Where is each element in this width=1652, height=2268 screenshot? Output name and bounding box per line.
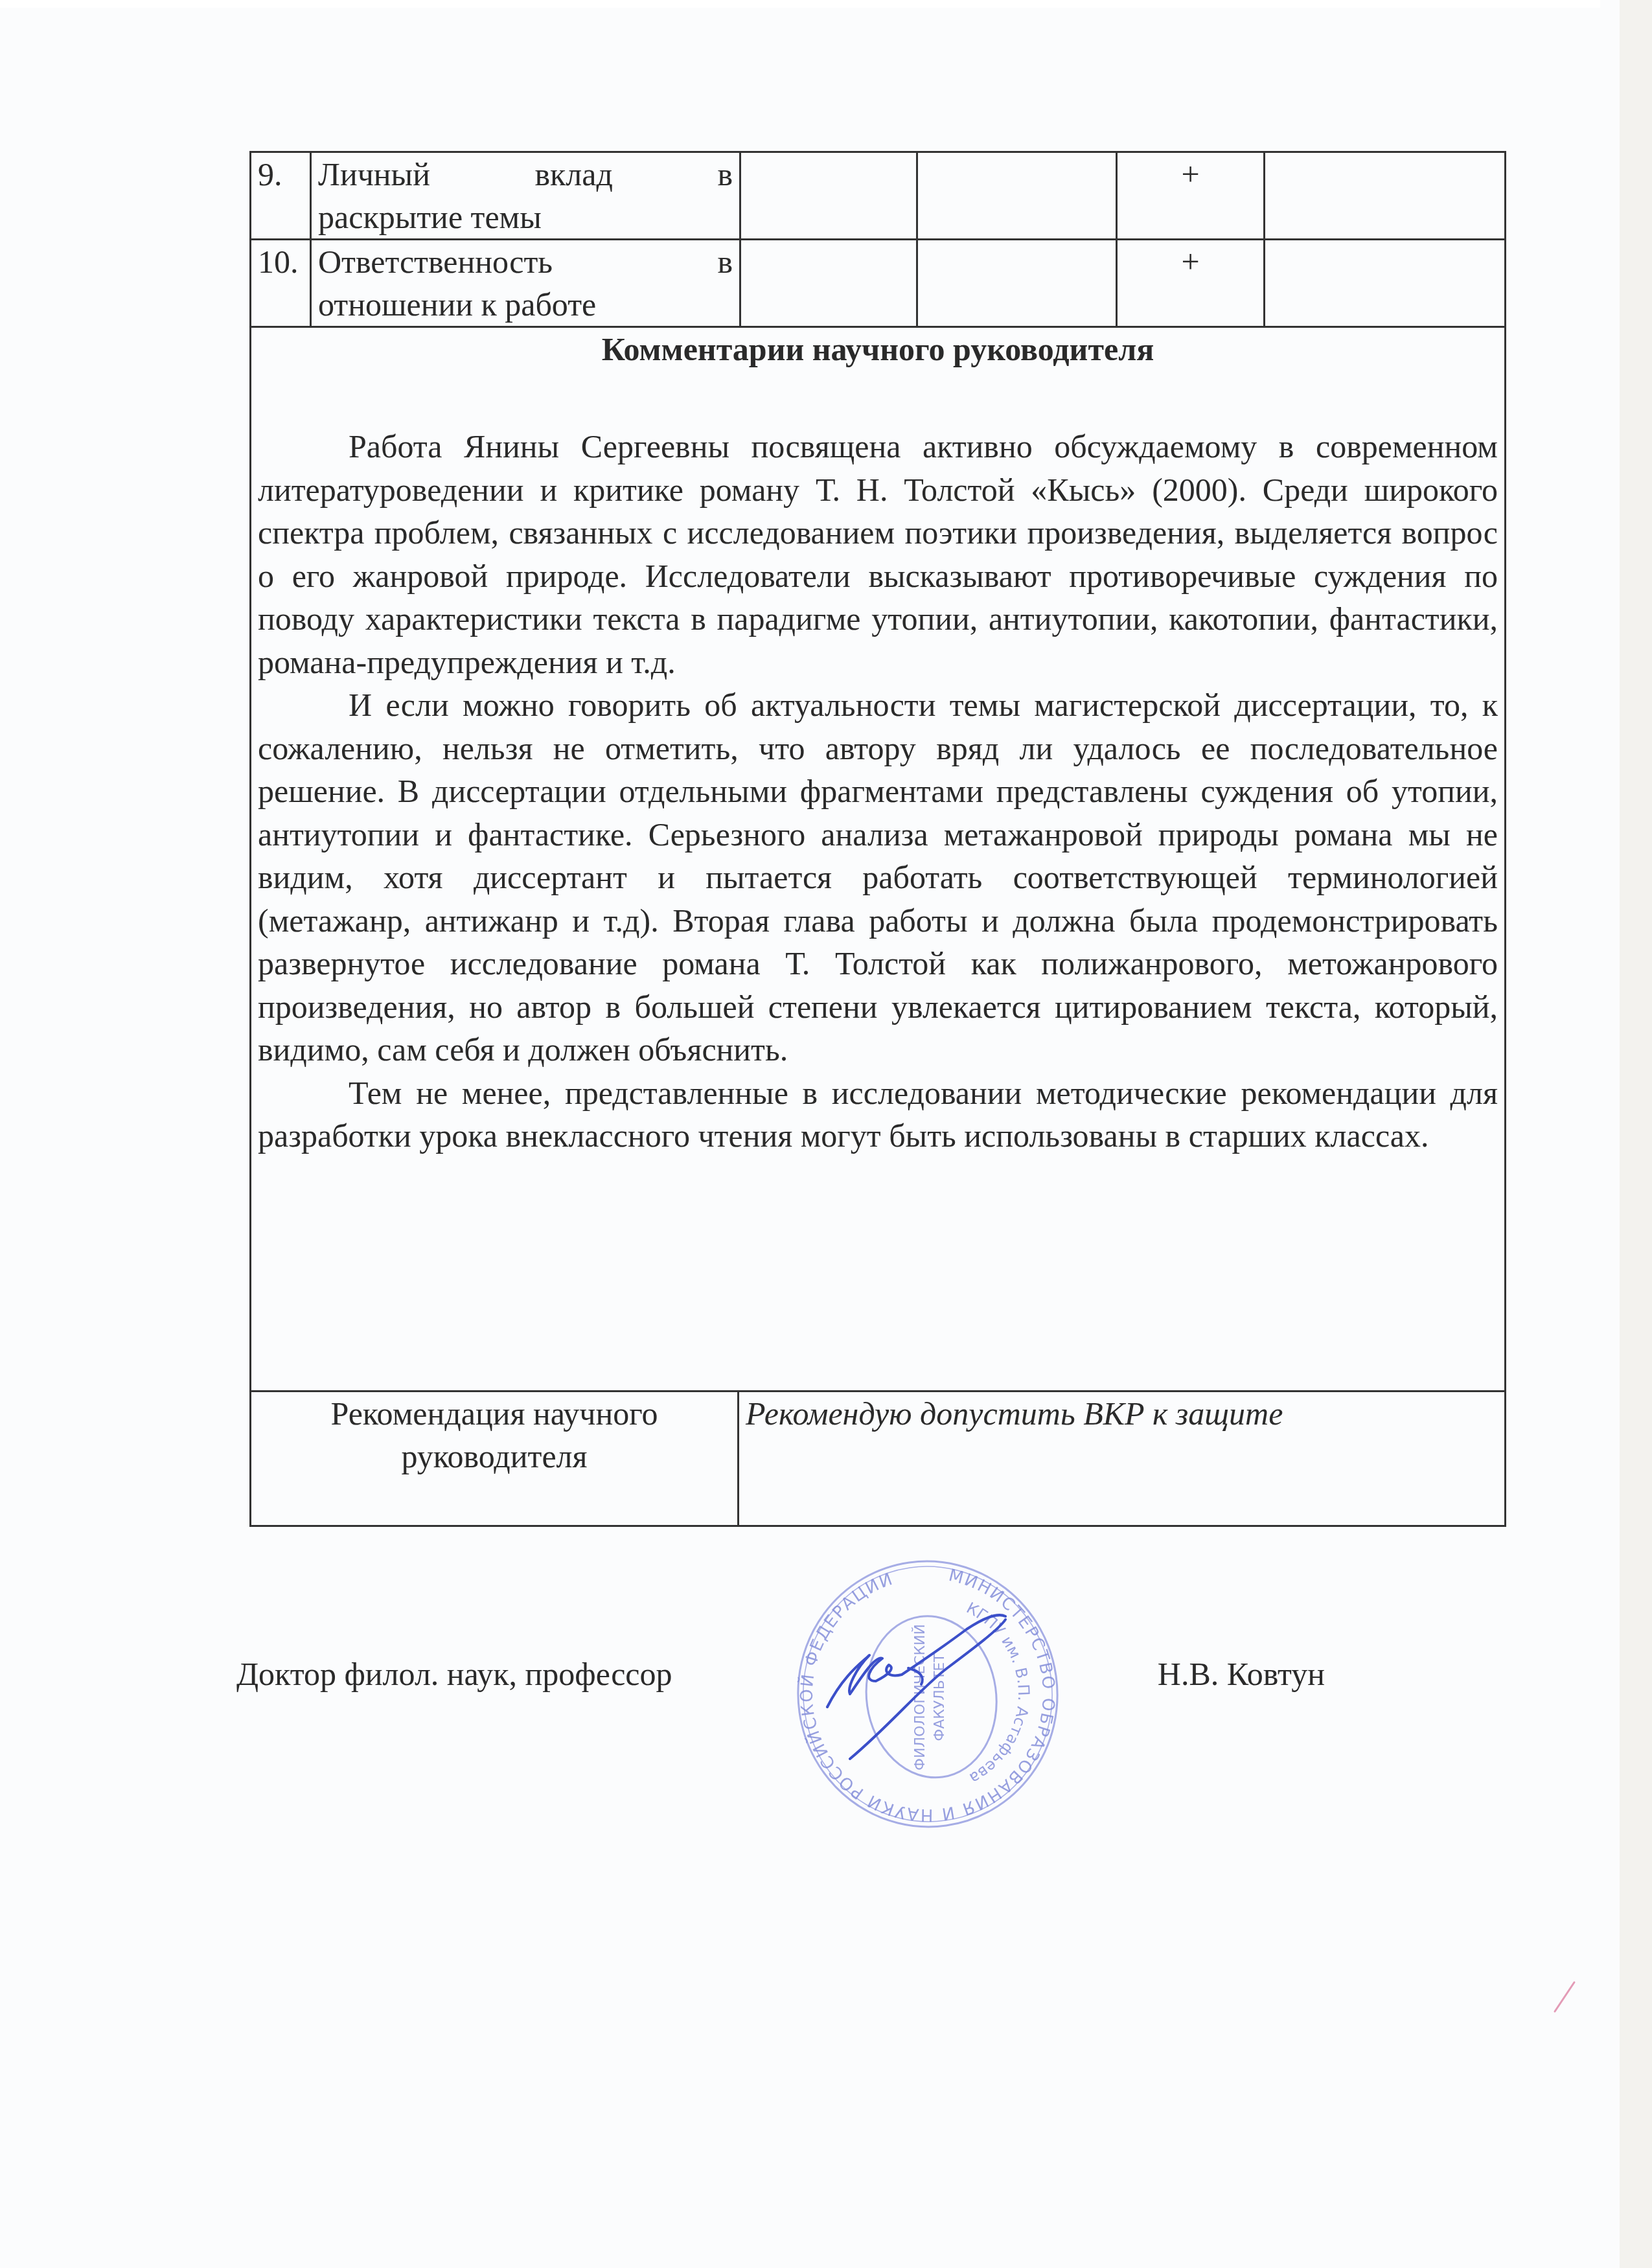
- comments-paragraph: Тем не менее, представленные в исследова…: [258, 1071, 1498, 1158]
- table-row: 9. Личный вклад в раскрытие темы +: [251, 152, 1506, 240]
- comments-title: Комментарии научного руководителя: [258, 328, 1498, 371]
- recommendation-label: Рекомендация научного руководителя: [251, 1392, 739, 1526]
- pen-mark-icon: [1545, 1976, 1584, 2015]
- evaluation-table-container: 9. Личный вклад в раскрытие темы + 10. О…: [249, 151, 1506, 1527]
- recommendation-value: Рекомендую допустить ВКР к защите: [739, 1392, 1506, 1526]
- score-cell: [917, 152, 1117, 240]
- recommendation-row: Рекомендация научного руководителя Реком…: [251, 1392, 1506, 1526]
- signer-name: Н.В. Ковтун: [1158, 1655, 1325, 1693]
- table-row: 10. Ответственность в отношении к работе…: [251, 240, 1506, 327]
- row-number: 9.: [251, 152, 311, 240]
- comments-paragraph: И если можно говорить об актуальности те…: [258, 683, 1498, 1071]
- stamp-inner-text-2: ФАКУЛЬТЕТ: [932, 1653, 948, 1741]
- score-mark-cell: +: [1117, 240, 1265, 327]
- criterion-text-line1: Личный вклад в: [318, 153, 733, 196]
- comments-cell: Комментарии научного руководителя Работа…: [251, 327, 1506, 1392]
- score-cell: [1265, 152, 1506, 240]
- score-cell: [917, 240, 1117, 327]
- score-cell: [740, 152, 917, 240]
- recommendation-table: Рекомендация научного руководителя Реком…: [249, 1390, 1506, 1527]
- criterion-text-line2: раскрытие темы: [318, 196, 733, 238]
- official-stamp-icon: МИНИСТЕРСТВО ОБРАЗОВАНИЯ И НАУКИ РОССИЙС…: [792, 1558, 1064, 1830]
- scan-top-margin: [0, 0, 1600, 8]
- comments-paragraph: Работа Янины Сергеевны посвящена активно…: [258, 425, 1498, 683]
- score-mark-cell: +: [1117, 152, 1265, 240]
- criterion-text-line1: Ответственность в: [318, 240, 733, 283]
- criterion-cell: Личный вклад в раскрытие темы: [311, 152, 740, 240]
- score-cell: [1265, 240, 1506, 327]
- signature-line: Доктор филол. наук, профессор Н.В. Ковту…: [236, 1655, 1312, 1693]
- criterion-cell: Ответственность в отношении к работе: [311, 240, 740, 327]
- comments-row: Комментарии научного руководителя Работа…: [251, 327, 1506, 1392]
- signer-title: Доктор филол. наук, профессор: [236, 1655, 672, 1693]
- row-number: 10.: [251, 240, 311, 327]
- score-cell: [740, 240, 917, 327]
- criterion-text-line2: отношении к работе: [318, 283, 733, 326]
- scan-page-edge: [1620, 0, 1652, 2268]
- evaluation-table: 9. Личный вклад в раскрытие темы + 10. О…: [249, 151, 1506, 1392]
